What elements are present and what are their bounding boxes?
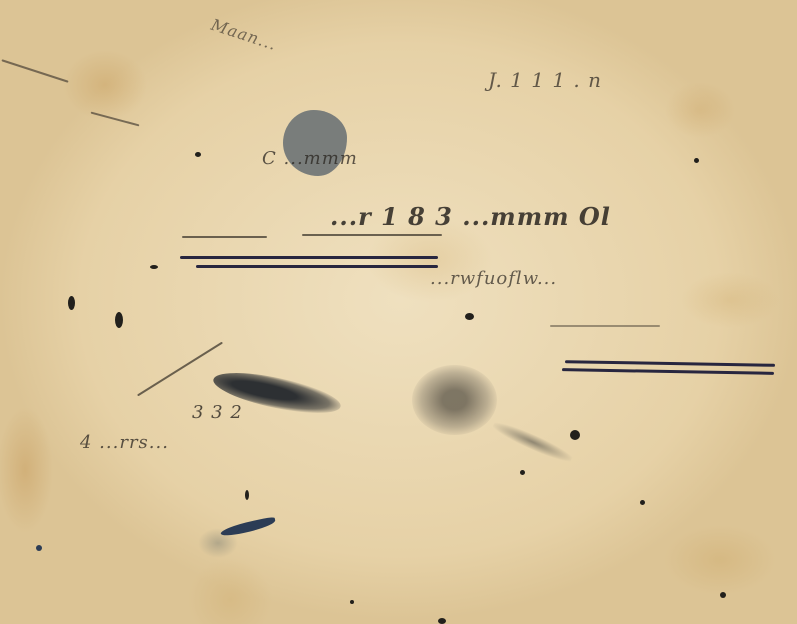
- ink-speck: [350, 600, 354, 604]
- strike-line-dark-2: [196, 265, 438, 268]
- top-left-curve-2: [91, 112, 140, 127]
- top-left-curve: [1, 59, 68, 83]
- top-right-marks: J. 1 1 1 . n: [488, 68, 602, 92]
- ink-speck: [640, 500, 645, 505]
- strike-line-right-2: [562, 368, 774, 375]
- ink-speck: [195, 152, 201, 157]
- ink-speck: [68, 296, 75, 310]
- strike-line-upper-mid: [302, 234, 442, 236]
- ink-speck: [245, 490, 249, 500]
- top-left-scrawl: Maan...: [209, 15, 280, 54]
- ink-speck: [438, 618, 446, 624]
- lower-left-line: 4 ...rrs...: [80, 432, 169, 453]
- ink-speck: [520, 470, 525, 475]
- strike-line-dark-1: [180, 256, 438, 259]
- ink-speck: [570, 430, 580, 440]
- aged-paper-sheet: Maan... J. 1 1 1 . n C ...mmm ...r 1 8 3…: [0, 0, 797, 624]
- ink-speck: [150, 265, 158, 269]
- lower-left-marks: 3 3 2: [192, 402, 243, 423]
- ink-speck: [465, 313, 474, 320]
- ink-speck: [694, 158, 699, 163]
- ink-speck: [720, 592, 726, 598]
- gray-smudge-tail: [491, 418, 574, 465]
- diagonal-stroke: [137, 342, 223, 397]
- ink-speck: [36, 545, 42, 551]
- strike-line-right-1: [565, 360, 775, 367]
- strike-line-upper-left: [182, 236, 267, 238]
- dotted-line-right: [550, 325, 660, 327]
- gray-smudge-center: [412, 365, 497, 435]
- blue-ink-stroke: [220, 516, 277, 537]
- second-line-text: ...rwfuoflw...: [430, 268, 557, 289]
- blot-adjacent-text: C ...mmm: [262, 148, 358, 169]
- main-line-text: ...r 1 8 3 ...mmm Ol: [330, 202, 611, 231]
- ink-speck: [115, 312, 123, 328]
